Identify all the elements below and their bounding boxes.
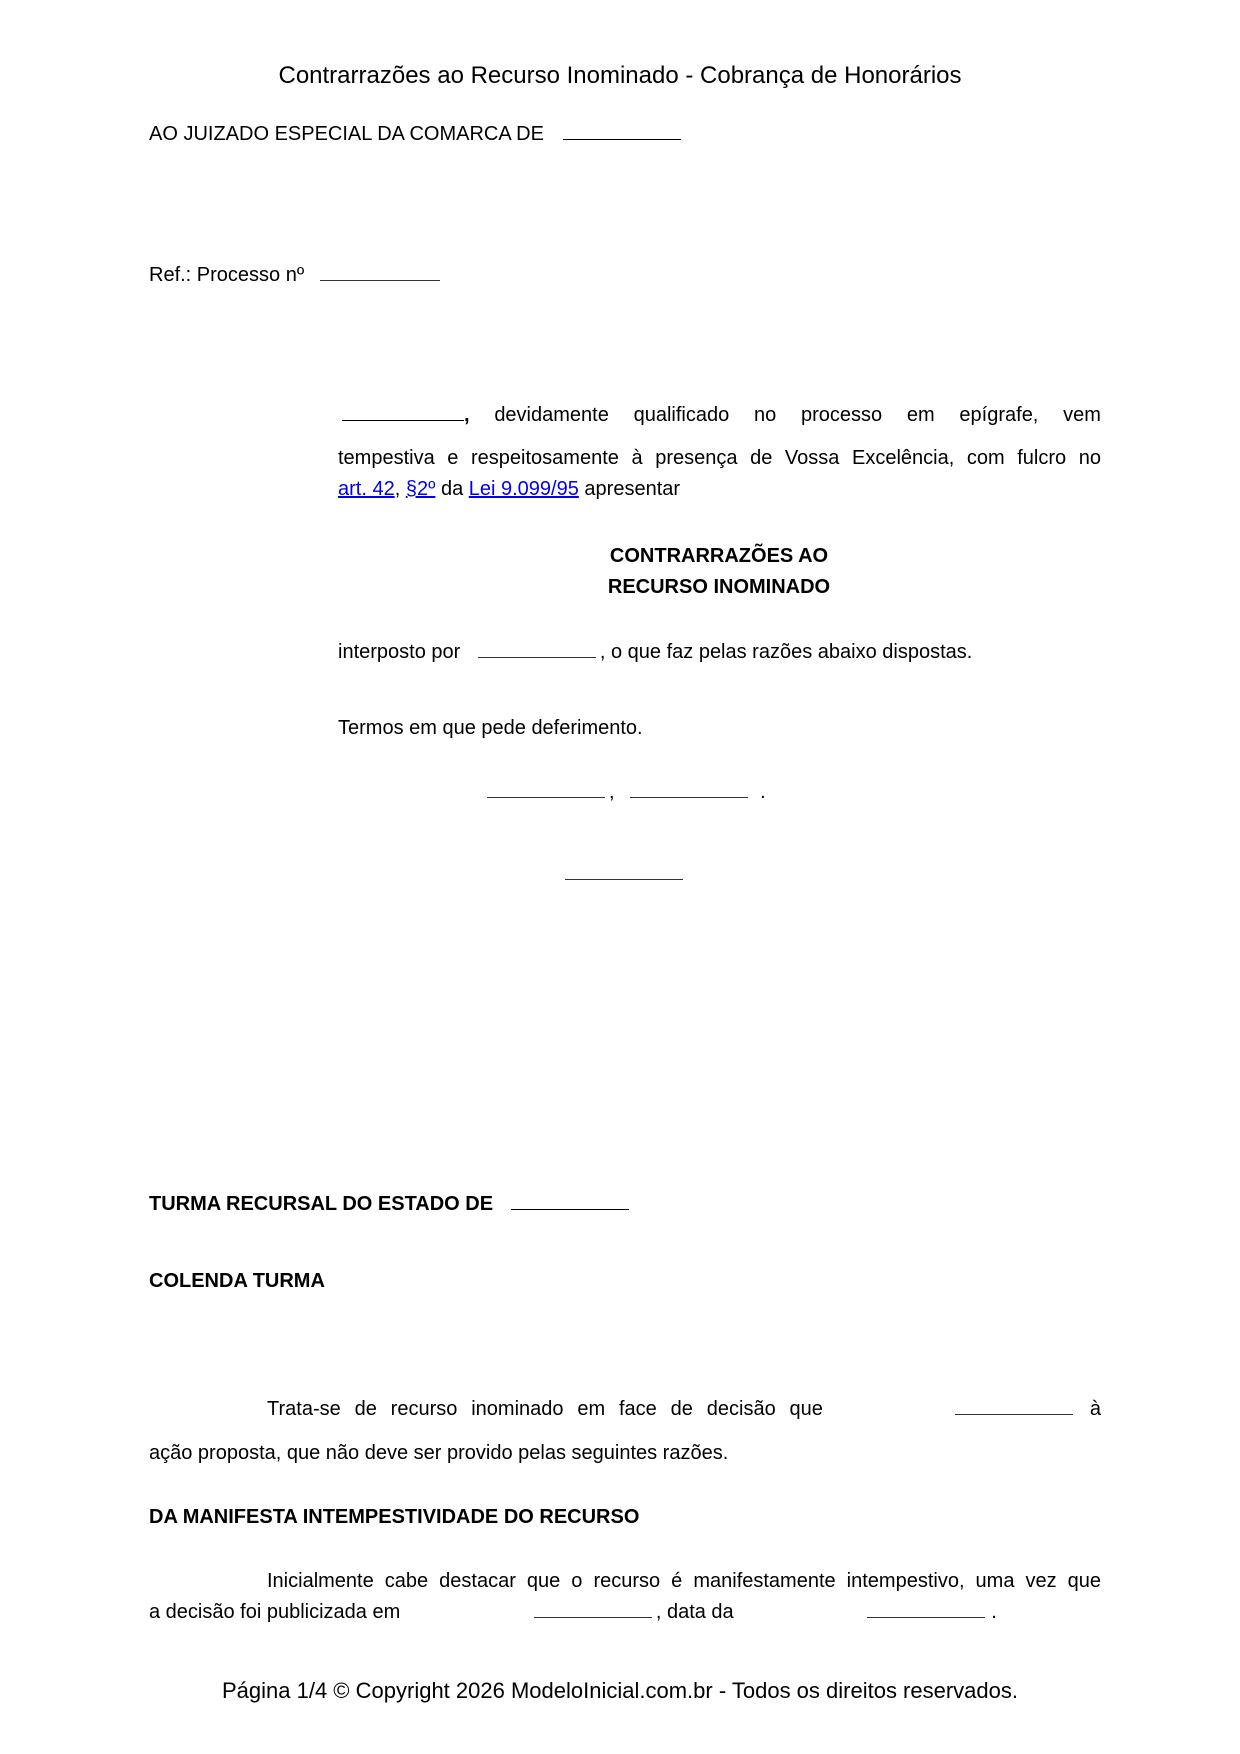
heading-recurso-inominado: RECURSO INOMINADO — [519, 576, 919, 599]
link-art-42[interactable]: art. 42 — [338, 478, 395, 500]
addressee-text: AO JUIZADO ESPECIAL DA COMARCA DE — [149, 123, 544, 145]
intro-line-2: tempestiva e respeitosamente à presença … — [338, 447, 1101, 470]
party-name-blank[interactable] — [342, 419, 464, 421]
party-name-slot: , — [338, 404, 470, 427]
publication-date-blank[interactable] — [534, 1616, 652, 1618]
signature-blank[interactable] — [565, 878, 683, 880]
interposto-line: interposto por , o que faz pelas razões … — [338, 641, 972, 664]
tratase-paragraph: Trata-se de recurso inominado em face de… — [149, 1398, 1101, 1465]
section-heading-intempestividade: DA MANIFESTA INTEMPESTIVIDADE DO RECURSO — [149, 1506, 639, 1529]
tratase-line-2: ação proposta, que não deve ser provido … — [149, 1442, 1101, 1465]
tratase-line-1: Trata-se de recurso inominado em face de… — [149, 1398, 1101, 1421]
estado-blank[interactable] — [511, 1208, 629, 1210]
closing-line: Termos em que pede deferimento. — [338, 717, 643, 740]
event-date-blank[interactable] — [867, 1616, 985, 1618]
inicialmente-paragraph: Inicialmente cabe destacar que o recurso… — [149, 1570, 1101, 1624]
inicialmente-line-2: a decisão foi publicizada em , data da . — [149, 1601, 1101, 1624]
process-number-blank[interactable] — [320, 279, 440, 281]
signature-line — [565, 878, 683, 880]
intro-line-3: art. 42, §2º da Lei 9.099/95 apresentar — [338, 478, 1101, 501]
addressee-line: AO JUIZADO ESPECIAL DA COMARCA DE — [149, 123, 681, 146]
reference-line: Ref.: Processo nº — [149, 264, 440, 287]
appellant-blank[interactable] — [478, 656, 596, 658]
heading-contrarrazoes: CONTRARRAZÕES AO — [519, 545, 919, 568]
place-blank[interactable] — [487, 796, 605, 798]
intro-paragraph: , devidamente qualificado no processo em… — [338, 404, 1101, 501]
link-lei-9099[interactable]: Lei 9.099/95 — [469, 478, 579, 500]
inicialmente-line-1: Inicialmente cabe destacar que o recurso… — [267, 1570, 1101, 1593]
link-paragraph-2[interactable]: §2º — [406, 478, 436, 500]
intro-line-1: , devidamente qualificado no processo em… — [338, 404, 1101, 427]
page-footer: Página 1/4 © Copyright 2026 ModeloInicia… — [0, 1678, 1240, 1704]
reference-text: Ref.: Processo nº — [149, 264, 304, 286]
colenda-turma: COLENDA TURMA — [149, 1270, 325, 1293]
document-title: Contrarrazões ao Recurso Inominado - Cob… — [0, 62, 1240, 90]
comarca-blank[interactable] — [563, 138, 681, 140]
turma-line: TURMA RECURSAL DO ESTADO DE — [149, 1193, 629, 1216]
date-blank[interactable] — [630, 796, 748, 798]
place-date-line: , . — [487, 781, 766, 804]
decision-blank[interactable] — [955, 1413, 1073, 1415]
